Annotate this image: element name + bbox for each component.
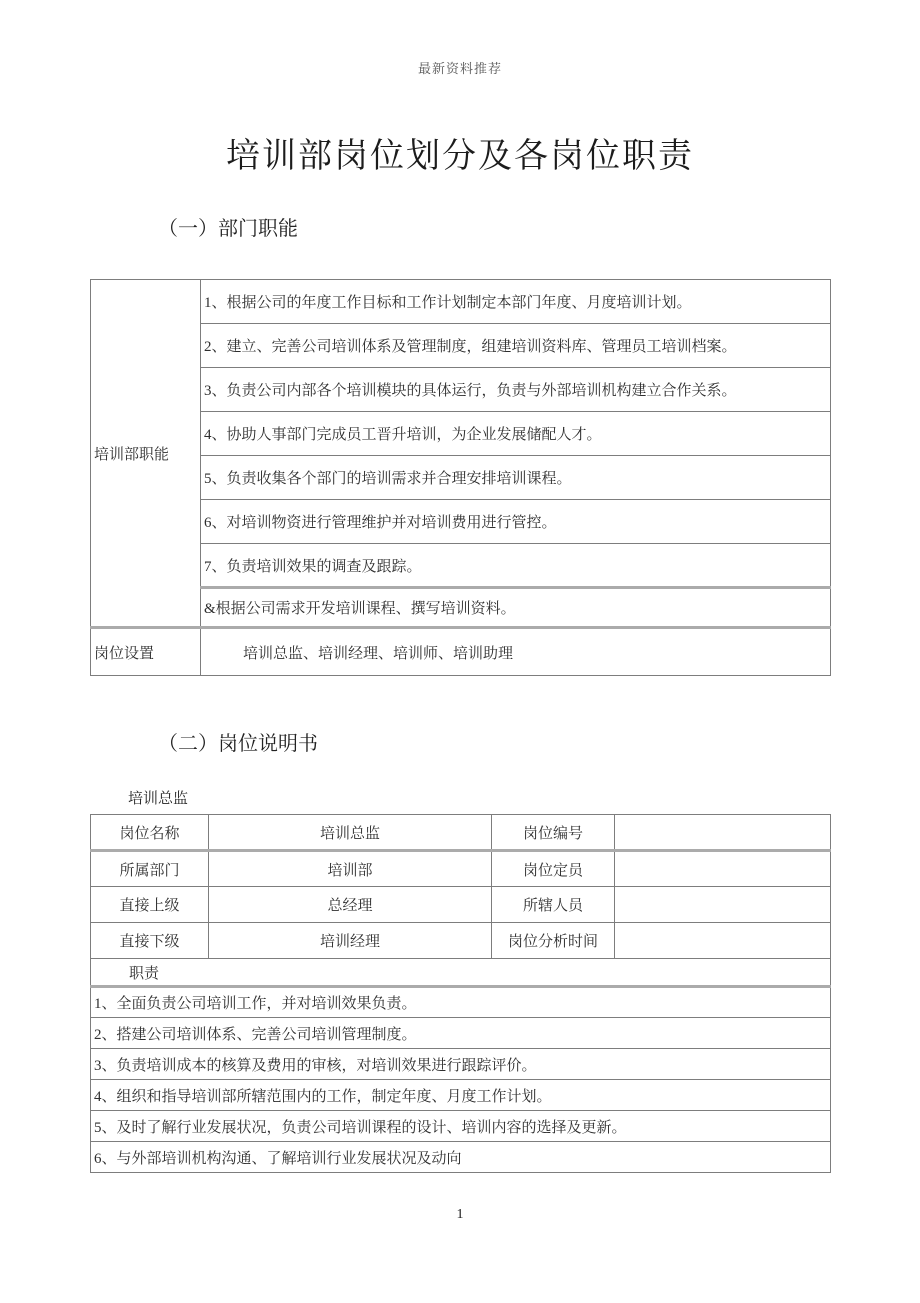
function-item: &根据公司需求开发培训课程、撰写培训资料。 (201, 588, 831, 628)
function-item: 1、根据公司的年度工作目标和工作计划制定本部门年度、月度培训计划。 (201, 280, 831, 324)
info-value: 培训部 (209, 851, 492, 887)
function-item: 5、负责收集各个部门的培训需求并合理安排培训课程。 (201, 456, 831, 500)
info-label: 岗位名称 (91, 815, 209, 851)
function-group-label: 培训部职能 (91, 280, 201, 628)
department-functions-table: 培训部职能 1、根据公司的年度工作目标和工作计划制定本部门年度、月度培训计划。 … (90, 279, 831, 676)
duty-item: 4、组织和指导培训部所辖范围内的工作，制定年度、月度工作计划。 (91, 1080, 831, 1111)
watermark-text: 最新资料推荐 (0, 58, 920, 77)
position-setting-value: 培训总监、培训经理、培训师、培训助理 (201, 628, 831, 676)
duties-header: 职责 (91, 959, 831, 987)
info-value: 总经理 (209, 887, 492, 923)
info-value-empty (615, 887, 831, 923)
document-page: { "page": { "watermark": "最新资料推荐", "titl… (0, 0, 920, 1303)
info-value-empty (615, 815, 831, 851)
function-item: 2、建立、完善公司培训体系及管理制度，组建培训资料库、管理员工培训档案。 (201, 324, 831, 368)
section-two-heading: （二）岗位说明书 (158, 730, 920, 758)
info-value-empty (615, 923, 831, 959)
position-subheading: 培训总监 (128, 788, 920, 810)
page-number: 1 (0, 1207, 920, 1223)
duty-item: 1、全面负责公司培训工作，并对培训效果负责。 (91, 987, 831, 1018)
duty-item: 3、负责培训成本的核算及费用的审核，对培训效果进行跟踪评价。 (91, 1049, 831, 1080)
duty-item: 5、及时了解行业发展状况，负责公司培训课程的设计、培训内容的选择及更新。 (91, 1111, 831, 1142)
section-one-heading: （一）部门职能 (158, 215, 920, 243)
info-value: 培训总监 (209, 815, 492, 851)
info-label: 岗位编号 (492, 815, 615, 851)
document-title: 培训部岗位划分及各岗位职责 (0, 135, 920, 179)
info-label: 岗位定员 (492, 851, 615, 887)
info-label: 直接上级 (91, 887, 209, 923)
duty-item: 2、搭建公司培训体系、完善公司培训管理制度。 (91, 1018, 831, 1049)
function-item: 4、协助人事部门完成员工晋升培训，为企业发展储配人才。 (201, 412, 831, 456)
position-info-table: 岗位名称 培训总监 岗位编号 所属部门 培训部 岗位定员 直接上级 总经理 所辖… (90, 814, 831, 1173)
info-label: 直接下级 (91, 923, 209, 959)
duty-item: 6、与外部培训机构沟通、了解培训行业发展状况及动向 (91, 1142, 831, 1173)
info-value-empty (615, 851, 831, 887)
info-label: 所属部门 (91, 851, 209, 887)
function-item: 6、对培训物资进行管理维护并对培训费用进行管控。 (201, 500, 831, 544)
function-item: 3、负责公司内部各个培训模块的具体运行，负责与外部培训机构建立合作关系。 (201, 368, 831, 412)
info-label: 所辖人员 (492, 887, 615, 923)
info-value: 培训经理 (209, 923, 492, 959)
function-item: 7、负责培训效果的调查及跟踪。 (201, 544, 831, 588)
position-setting-label: 岗位设置 (91, 628, 201, 676)
info-label: 岗位分析时间 (492, 923, 615, 959)
